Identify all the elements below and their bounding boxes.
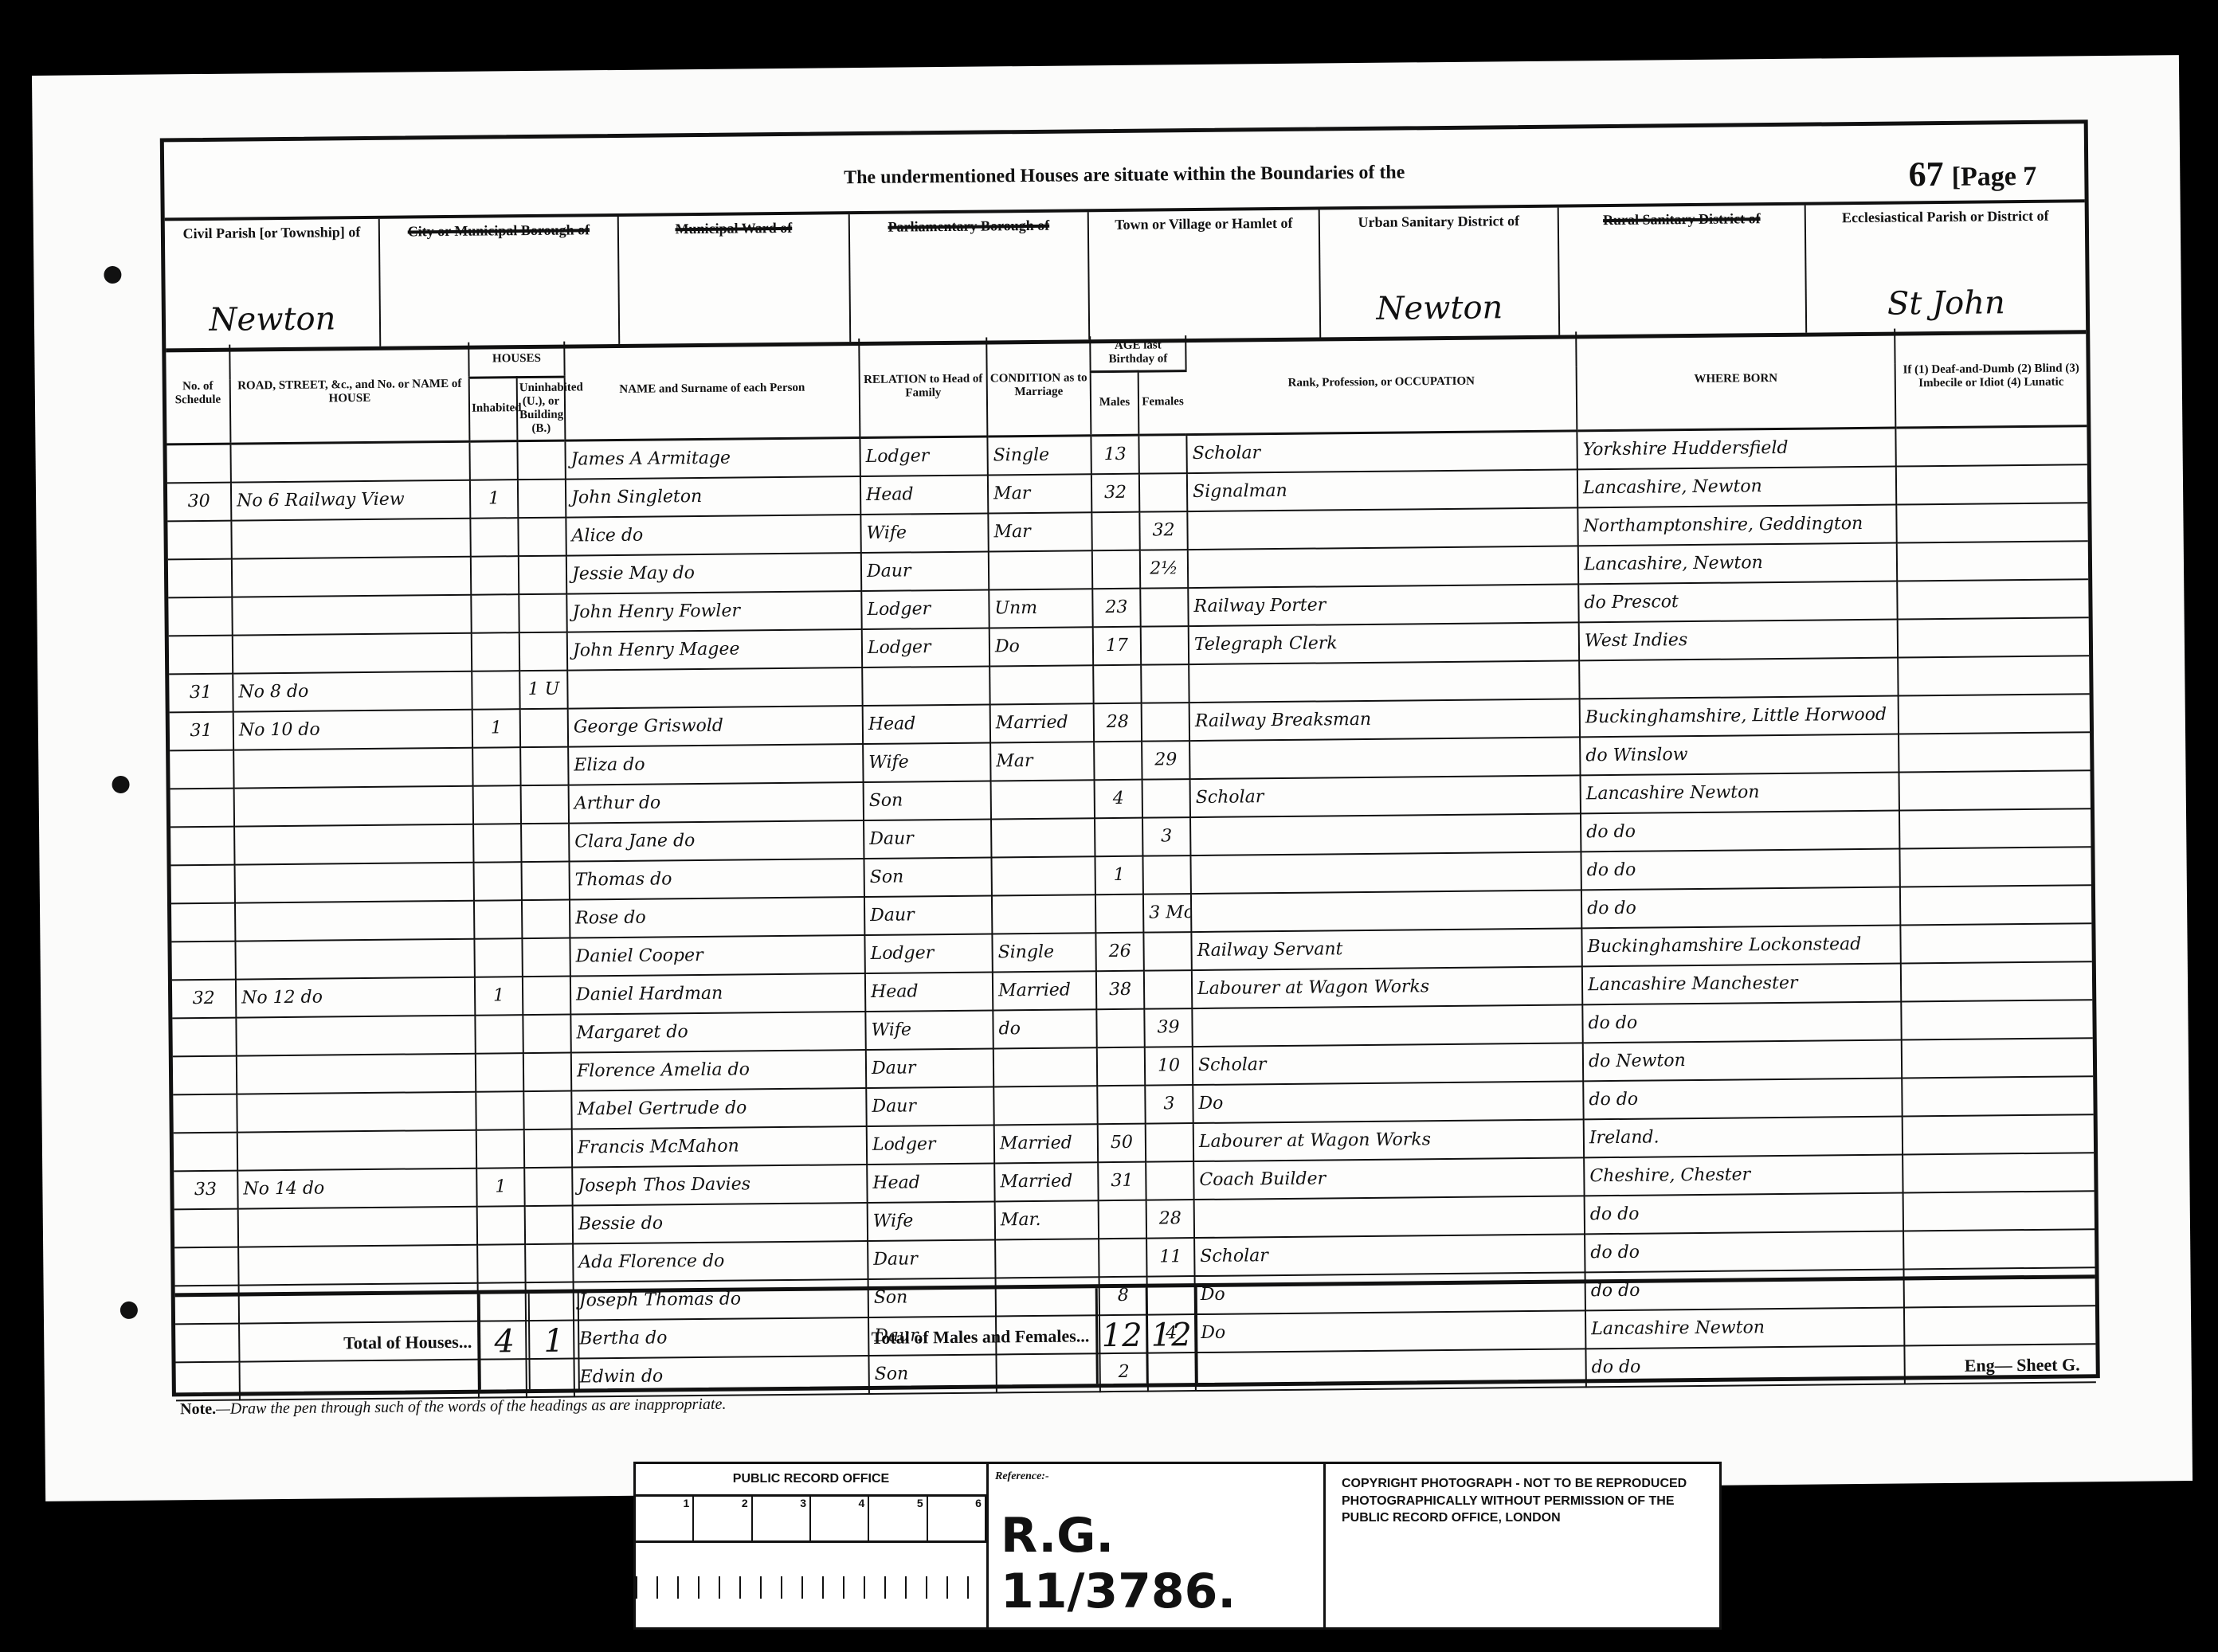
infirmity-cell bbox=[1901, 961, 2092, 1001]
uninhabited-cell bbox=[519, 555, 566, 594]
road-cell bbox=[233, 632, 472, 673]
where-born-cell: West Indies bbox=[1579, 619, 1898, 660]
uninhabited-cell bbox=[520, 746, 568, 785]
col-males: Males bbox=[1091, 371, 1139, 436]
inhabited-cell bbox=[469, 440, 517, 480]
occupation-cell bbox=[1188, 546, 1578, 588]
condition-cell bbox=[991, 856, 1095, 895]
condition-cell: Married bbox=[994, 1124, 1098, 1163]
schedule-cell bbox=[170, 750, 233, 789]
name-cell: Mabel Gertrude do bbox=[571, 1088, 866, 1129]
infirmity-cell bbox=[1899, 732, 2090, 772]
inhabited-cell bbox=[471, 594, 519, 633]
relation-cell: Head bbox=[867, 1163, 994, 1203]
where-born-cell: do Prescot bbox=[1578, 581, 1897, 622]
road-cell bbox=[238, 1244, 477, 1285]
col-infirmity: If (1) Deaf-and-Dumb (2) Blind (3) Imbec… bbox=[1895, 327, 2087, 427]
col-name: NAME and Surname of each Person bbox=[564, 339, 860, 440]
total-persons-label: Total of Males and Females... bbox=[579, 1325, 1095, 1351]
relation-cell: Daur bbox=[861, 551, 989, 591]
condition-cell: Mar bbox=[988, 512, 1091, 551]
infirmity-cell bbox=[1898, 617, 2089, 657]
inhabited-cell bbox=[476, 1053, 523, 1092]
condition-cell: do bbox=[993, 1009, 1096, 1048]
rural-sanitary-label: Rural Sanitary District of bbox=[1559, 210, 1805, 229]
male-age-cell bbox=[1093, 664, 1141, 703]
inhabited-cell bbox=[476, 1129, 524, 1169]
condition-cell: Married bbox=[990, 703, 1094, 742]
name-cell: Thomas do bbox=[570, 859, 864, 900]
occupation-cell: Telegraph Clerk bbox=[1189, 622, 1579, 664]
scale-mark: 6 bbox=[928, 1497, 986, 1540]
occupation-cell: Scholar bbox=[1194, 1234, 1585, 1276]
col-females: Females bbox=[1138, 370, 1187, 435]
where-born-cell: Northamptonshire, Geddington bbox=[1577, 504, 1896, 546]
total-males: 12 bbox=[1095, 1288, 1146, 1384]
schedule-cell bbox=[167, 444, 230, 483]
urban-sanitary-cell: Urban Sanitary District of Newton bbox=[1320, 208, 1561, 338]
sheet-label: Eng— Sheet G. bbox=[1965, 1354, 2080, 1376]
road-cell bbox=[231, 518, 470, 558]
road-cell bbox=[230, 441, 469, 482]
schedule-cell bbox=[171, 902, 235, 941]
ruler-icon bbox=[636, 1543, 986, 1599]
occupation-cell bbox=[1192, 1004, 1582, 1047]
infirmity-cell bbox=[1899, 694, 2090, 734]
male-age-cell: 28 bbox=[1094, 703, 1142, 742]
female-age-cell: 2½ bbox=[1140, 550, 1188, 589]
uninhabited-cell bbox=[522, 938, 570, 977]
census-page: 67[Page 7 The undermentioned Houses are … bbox=[32, 55, 2193, 1501]
inhabited-cell: 1 bbox=[476, 1168, 524, 1207]
uninhabited-cell bbox=[521, 823, 569, 862]
male-age-cell: 26 bbox=[1095, 932, 1143, 971]
col-condition: CONDITION as to Marriage bbox=[986, 336, 1091, 436]
male-age-cell: 32 bbox=[1091, 473, 1139, 512]
occupation-cell: Coach Builder bbox=[1193, 1157, 1584, 1200]
road-cell bbox=[235, 938, 474, 979]
occupation-cell: Do bbox=[1193, 1081, 1583, 1123]
inhabited-cell bbox=[472, 632, 519, 671]
road-cell bbox=[232, 594, 471, 635]
female-age-cell: 39 bbox=[1144, 1008, 1192, 1047]
ecclesiastical-parish-label: Ecclesiastical Parish or District of bbox=[1806, 207, 2085, 226]
relation-cell bbox=[862, 666, 989, 706]
infirmity-cell bbox=[1896, 503, 2087, 542]
uninhabited-cell bbox=[519, 632, 567, 671]
infirmity-cell bbox=[1902, 1038, 2093, 1078]
name-cell: Rose do bbox=[570, 897, 864, 938]
infirmity-cell bbox=[1903, 1191, 2095, 1231]
female-age-cell bbox=[1141, 626, 1189, 665]
road-cell bbox=[235, 900, 474, 941]
name-cell: Francis McMahon bbox=[572, 1126, 867, 1168]
uninhabited-cell bbox=[525, 1205, 573, 1244]
condition-cell: Single bbox=[992, 933, 1095, 972]
where-born-cell: do do bbox=[1585, 1231, 1903, 1272]
occupation-cell: Labourer at Wagon Works bbox=[1192, 966, 1582, 1008]
condition-cell bbox=[993, 1047, 1097, 1086]
col-relation: RELATION to Head of Family bbox=[859, 338, 987, 438]
infirmity-cell bbox=[1899, 847, 2091, 887]
condition-cell: Mar bbox=[988, 474, 1091, 513]
name-cell: John Henry Fowler bbox=[566, 591, 861, 632]
name-cell: Jessie May do bbox=[566, 553, 861, 594]
relation-cell: Wife bbox=[860, 513, 988, 553]
schedule-cell bbox=[171, 864, 235, 903]
inhabited-cell bbox=[475, 1015, 523, 1054]
where-born-cell: do Winslow bbox=[1580, 734, 1899, 775]
uninhabited-cell: 1 U bbox=[519, 670, 567, 709]
infirmity-cell bbox=[1895, 425, 2087, 466]
municipal-ward-label: Municipal Ward of bbox=[619, 219, 848, 238]
occupation-cell bbox=[1190, 851, 1581, 894]
inhabited-cell: 1 bbox=[475, 977, 523, 1016]
occupation-cell: Scholar bbox=[1190, 775, 1581, 817]
urban-sanitary-label: Urban Sanitary District of bbox=[1320, 213, 1558, 232]
relation-cell: Lodger bbox=[860, 436, 987, 476]
occupation-cell: Scholar bbox=[1193, 1043, 1583, 1085]
uninhabited-cell bbox=[525, 1243, 573, 1282]
pro-scale-panel: PUBLIC RECORD OFFICE 1 2 3 4 5 6 bbox=[636, 1464, 989, 1627]
urban-sanitary-value: Newton bbox=[1321, 289, 1558, 328]
col-age: AGE last Birthday of bbox=[1090, 335, 1185, 371]
road-cell bbox=[235, 862, 474, 902]
road-cell: No 12 do bbox=[236, 977, 475, 1017]
inhabited-cell bbox=[477, 1206, 525, 1245]
name-cell: Arthur do bbox=[569, 782, 864, 824]
male-age-cell bbox=[1092, 550, 1140, 589]
relation-cell: Head bbox=[863, 704, 990, 744]
inhabited-cell: 1 bbox=[470, 480, 518, 519]
census-table: No. of Schedule ROAD, STREET, &c., and N… bbox=[166, 327, 2096, 1401]
male-age-cell: 31 bbox=[1098, 1161, 1146, 1200]
name-cell: John Henry Magee bbox=[567, 629, 862, 671]
condition-cell: Married bbox=[994, 1162, 1098, 1201]
female-age-cell: 3 bbox=[1142, 817, 1190, 856]
col-inhabited: Inhabited bbox=[469, 377, 518, 441]
schedule-cell bbox=[172, 1017, 236, 1056]
male-age-cell bbox=[1094, 741, 1142, 780]
female-age-cell: 3 Month bbox=[1143, 894, 1191, 933]
scale-mark: 1 bbox=[636, 1497, 694, 1540]
reference-value: R.G. 11/3786. bbox=[1001, 1508, 1323, 1619]
name-cell bbox=[567, 667, 862, 709]
form-title: The undermentioned Houses are situate wi… bbox=[164, 155, 2084, 195]
scale-cells: 1 2 3 4 5 6 bbox=[636, 1497, 986, 1543]
census-form: 67[Page 7 The undermentioned Houses are … bbox=[160, 119, 2100, 1396]
uninhabited-cell bbox=[523, 1052, 571, 1091]
schedule-cell: 31 bbox=[169, 673, 233, 712]
road-cell bbox=[237, 1129, 476, 1170]
condition-cell bbox=[993, 1086, 1097, 1125]
infirmity-cell bbox=[1901, 1000, 2092, 1039]
male-age-cell: 23 bbox=[1092, 588, 1140, 627]
col-schedule: No. of Schedule bbox=[166, 345, 230, 444]
condition-cell: Mar bbox=[990, 742, 1094, 781]
male-age-cell bbox=[1097, 1085, 1145, 1124]
female-age-cell: 32 bbox=[1139, 511, 1187, 550]
female-age-cell bbox=[1140, 588, 1188, 627]
uninhabited-cell bbox=[523, 976, 570, 1015]
rural-sanitary-cell: Rural Sanitary District of bbox=[1559, 206, 1808, 335]
road-cell: No 14 do bbox=[237, 1168, 476, 1208]
col-occupation: Rank, Profession, or OCCUPATION bbox=[1185, 331, 1577, 434]
where-born-cell: do do bbox=[1581, 887, 1900, 928]
road-cell bbox=[237, 1091, 476, 1132]
male-age-cell bbox=[1097, 1047, 1145, 1086]
schedule-cell bbox=[174, 1247, 238, 1286]
female-age-cell bbox=[1142, 779, 1190, 818]
occupation-cell: Railway Porter bbox=[1188, 584, 1578, 626]
occupation-cell bbox=[1191, 890, 1581, 932]
schedule-cell: 31 bbox=[170, 711, 233, 750]
name-cell: Margaret do bbox=[570, 1012, 865, 1053]
condition-cell: Single bbox=[987, 435, 1091, 475]
road-cell: No 10 do bbox=[233, 709, 472, 750]
road-cell bbox=[236, 1015, 475, 1055]
infirmity-cell bbox=[1903, 1153, 2094, 1192]
occupation-cell bbox=[1189, 737, 1580, 779]
schedule-cell bbox=[168, 597, 232, 636]
punch-hole bbox=[120, 1302, 138, 1319]
where-born-cell: Ireland. bbox=[1584, 1116, 1903, 1157]
col-uninhabited: Uninhabited (U.), or Building (B.) bbox=[517, 377, 566, 441]
female-age-cell bbox=[1144, 970, 1192, 1009]
relation-cell: Daur bbox=[866, 1086, 993, 1126]
where-born-cell: Buckinghamshire, Little Horwood bbox=[1580, 695, 1899, 737]
infirmity-cell bbox=[1903, 1229, 2095, 1269]
copyright-notice: COPYRIGHT PHOTOGRAPH - NOT TO BE REPRODU… bbox=[1326, 1464, 1719, 1627]
uninhabited-cell bbox=[524, 1129, 572, 1168]
total-females: 12 bbox=[1146, 1287, 1198, 1384]
civil-parish-label: Civil Parish [or Township] of bbox=[165, 224, 378, 243]
condition-cell: Unm bbox=[989, 589, 1092, 628]
name-cell: Daniel Cooper bbox=[570, 935, 864, 977]
punch-hole bbox=[112, 776, 129, 793]
relation-cell: Son bbox=[864, 781, 991, 820]
where-born-cell bbox=[1579, 657, 1898, 699]
col-road: ROAD, STREET, &c., and No. or NAME of HO… bbox=[229, 343, 469, 444]
condition-cell: Married bbox=[993, 971, 1096, 1010]
scale-mark: 3 bbox=[753, 1497, 811, 1540]
where-born-cell: do Newton bbox=[1583, 1039, 1902, 1081]
occupation-cell: Labourer at Wagon Works bbox=[1193, 1119, 1584, 1161]
infirmity-cell bbox=[1897, 541, 2088, 581]
inhabited-cell bbox=[473, 824, 521, 863]
road-cell bbox=[237, 1053, 476, 1094]
male-age-cell bbox=[1099, 1200, 1146, 1239]
occupation-cell bbox=[1189, 660, 1579, 703]
name-cell: Daniel Hardman bbox=[570, 973, 865, 1015]
relation-cell: Lodger bbox=[862, 628, 989, 667]
female-age-cell: 11 bbox=[1146, 1238, 1194, 1277]
female-age-cell bbox=[1141, 664, 1189, 703]
infirmity-cell bbox=[1900, 923, 2091, 963]
inhabited-cell bbox=[474, 862, 522, 901]
scale-mark: 5 bbox=[869, 1497, 927, 1540]
civil-parish-cell: Civil Parish [or Township] of Newton bbox=[165, 219, 382, 349]
municipal-borough-cell: City or Municipal Borough of bbox=[380, 217, 621, 346]
female-age-cell: 29 bbox=[1142, 741, 1189, 780]
condition-cell: Do bbox=[989, 627, 1093, 666]
note-prefix: Note. bbox=[180, 1400, 216, 1418]
male-age-cell bbox=[1091, 511, 1139, 550]
occupation-cell: Signalman bbox=[1187, 469, 1577, 511]
uninhabited-cell bbox=[522, 899, 570, 938]
infirmity-cell bbox=[1898, 656, 2089, 695]
where-born-cell: do do bbox=[1581, 848, 1899, 890]
relation-cell: Wife bbox=[868, 1201, 995, 1241]
schedule-cell bbox=[169, 635, 233, 674]
occupation-cell bbox=[1187, 507, 1577, 550]
where-born-cell: Lancashire Manchester bbox=[1582, 963, 1901, 1004]
schedule-cell: 30 bbox=[167, 482, 231, 521]
road-cell bbox=[232, 556, 471, 597]
schedule-cell: 33 bbox=[174, 1170, 237, 1209]
schedule-cell bbox=[174, 1208, 238, 1247]
male-age-cell bbox=[1099, 1238, 1146, 1277]
infirmity-cell bbox=[1896, 464, 2087, 504]
relation-cell: Daur bbox=[864, 895, 992, 935]
where-born-cell: Lancashire, Newton bbox=[1578, 542, 1897, 584]
uninhabited-cell bbox=[519, 593, 566, 632]
road-cell: No 8 do bbox=[233, 671, 472, 711]
where-born-cell: Buckinghamshire Lockonstead bbox=[1581, 925, 1900, 966]
name-cell: Ada Florence do bbox=[573, 1240, 868, 1282]
schedule-cell: 32 bbox=[172, 979, 236, 1018]
inhabited-cell bbox=[471, 556, 519, 595]
where-born-cell: do do bbox=[1583, 1078, 1902, 1119]
road-cell bbox=[234, 824, 473, 864]
relation-cell: Head bbox=[860, 475, 988, 515]
relation-cell: Son bbox=[864, 857, 991, 897]
town-village-cell: Town or Village or Hamlet of bbox=[1089, 209, 1322, 339]
male-age-cell: 38 bbox=[1096, 970, 1144, 1009]
schedule-cell bbox=[173, 1055, 237, 1094]
where-born-cell: do do bbox=[1582, 1001, 1901, 1043]
inhabited-cell bbox=[470, 518, 518, 557]
condition-cell bbox=[995, 1239, 1099, 1278]
town-village-label: Town or Village or Hamlet of bbox=[1089, 215, 1319, 234]
male-age-cell bbox=[1095, 817, 1142, 856]
relation-cell: Lodger bbox=[867, 1125, 994, 1165]
schedule-cell bbox=[170, 788, 234, 827]
uninhabited-cell bbox=[524, 1167, 572, 1206]
male-age-cell bbox=[1096, 1008, 1144, 1047]
uninhabited-cell bbox=[518, 479, 566, 518]
totals-row: Total of Houses... 4 1 Total of Males an… bbox=[175, 1274, 2096, 1392]
reference-label: Reference:- bbox=[989, 1464, 1323, 1490]
road-cell bbox=[234, 785, 473, 826]
relation-cell: Lodger bbox=[864, 934, 992, 973]
where-born-cell: Yorkshire Huddersfield bbox=[1577, 428, 1895, 469]
uninhabited-cell bbox=[520, 708, 568, 747]
public-record-office-stamp: PUBLIC RECORD OFFICE 1 2 3 4 5 6 Referen… bbox=[633, 1462, 1722, 1630]
col-where-born: WHERE BORN bbox=[1576, 329, 1895, 431]
female-age-cell bbox=[1142, 703, 1189, 742]
condition-cell bbox=[989, 550, 1092, 589]
schedule-cell bbox=[173, 1094, 237, 1133]
name-cell: James A Armitage bbox=[565, 437, 860, 479]
male-age-cell: 13 bbox=[1091, 435, 1138, 474]
occupation-cell: Scholar bbox=[1186, 430, 1577, 472]
male-age-cell: 4 bbox=[1095, 779, 1142, 818]
inhabited-cell: 1 bbox=[472, 709, 520, 748]
name-cell: George Griswold bbox=[568, 706, 863, 747]
uninhabited-cell bbox=[517, 440, 565, 480]
condition-cell: Mar. bbox=[995, 1200, 1099, 1239]
schedule-cell bbox=[174, 1132, 237, 1171]
where-born-cell: do do bbox=[1585, 1192, 1903, 1234]
occupation-cell: Railway Servant bbox=[1191, 928, 1581, 970]
male-age-cell: 17 bbox=[1093, 626, 1141, 665]
infirmity-cell bbox=[1899, 808, 2091, 848]
pro-office-title: PUBLIC RECORD OFFICE bbox=[636, 1464, 986, 1497]
name-cell: Clara Jane do bbox=[569, 820, 864, 862]
infirmity-cell bbox=[1903, 1114, 2094, 1154]
relation-cell: Wife bbox=[865, 1010, 993, 1050]
uninhabited-cell bbox=[523, 1090, 571, 1129]
name-cell: Florence Amelia do bbox=[571, 1050, 866, 1091]
infirmity-cell bbox=[1897, 579, 2088, 619]
schedule-cell bbox=[170, 826, 234, 865]
occupation-cell: Railway Breaksman bbox=[1189, 699, 1580, 741]
infirmity-cell bbox=[1899, 770, 2091, 810]
where-born-cell: Cheshire, Chester bbox=[1584, 1154, 1903, 1196]
name-cell: Alice do bbox=[566, 515, 860, 556]
female-age-cell bbox=[1138, 434, 1186, 473]
schedule-cell bbox=[167, 520, 231, 559]
col-houses: HOUSES bbox=[468, 342, 564, 378]
condition-cell bbox=[989, 665, 1093, 704]
road-cell bbox=[238, 1206, 477, 1247]
female-age-cell: 10 bbox=[1145, 1047, 1193, 1086]
male-age-cell bbox=[1095, 894, 1143, 933]
female-age-cell: 28 bbox=[1146, 1200, 1194, 1239]
inhabited-cell bbox=[472, 671, 519, 710]
total-inhabited: 4 bbox=[478, 1294, 529, 1390]
parliamentary-borough-cell: Parliamentary Borough of bbox=[850, 212, 1091, 342]
punch-hole bbox=[104, 266, 121, 284]
total-houses-label: Total of Houses... bbox=[175, 1332, 478, 1356]
female-age-cell bbox=[1143, 932, 1191, 971]
reference-panel: Reference:- R.G. 11/3786. bbox=[989, 1464, 1326, 1627]
condition-cell bbox=[991, 818, 1095, 857]
schedule-cell bbox=[168, 558, 232, 597]
municipal-ward-cell: Municipal Ward of bbox=[619, 214, 852, 344]
occupation-cell bbox=[1194, 1196, 1585, 1238]
relation-cell: Head bbox=[865, 972, 993, 1012]
female-age-cell bbox=[1142, 855, 1190, 895]
where-born-cell: Lancashire Newton bbox=[1581, 772, 1899, 813]
name-cell: Joseph Thos Davies bbox=[572, 1165, 867, 1206]
road-cell: No 6 Railway View bbox=[231, 480, 470, 520]
road-cell bbox=[233, 747, 472, 788]
female-age-cell bbox=[1139, 473, 1187, 512]
inhabited-cell bbox=[474, 938, 522, 977]
schedule-cell bbox=[171, 941, 235, 980]
parliamentary-borough-label: Parliamentary Borough of bbox=[850, 217, 1087, 236]
relation-cell: Lodger bbox=[861, 589, 989, 629]
infirmity-cell bbox=[1900, 885, 2091, 925]
inhabited-cell bbox=[477, 1244, 525, 1283]
total-uninhabited: 1 bbox=[528, 1293, 580, 1389]
infirmity-cell bbox=[1902, 1076, 2093, 1116]
male-age-cell: 50 bbox=[1098, 1123, 1146, 1162]
uninhabited-cell bbox=[518, 517, 566, 556]
female-age-cell bbox=[1146, 1123, 1193, 1162]
